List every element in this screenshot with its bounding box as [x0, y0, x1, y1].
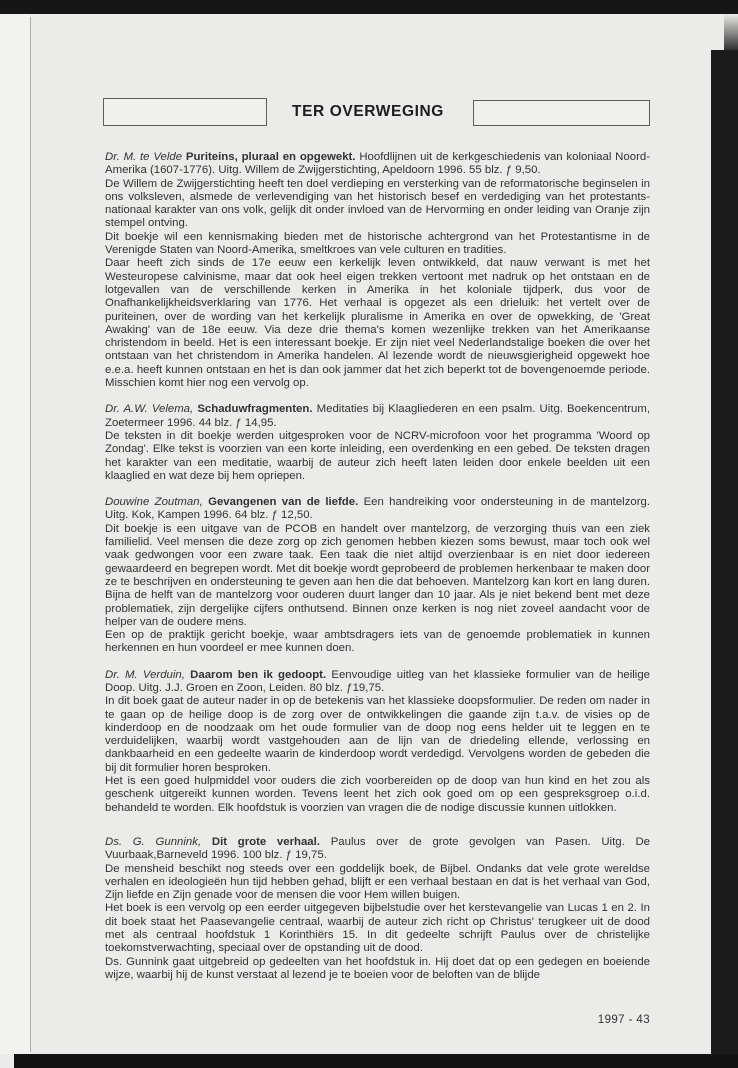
review-paragraph: De mensheid beschikt nog steeds over een…: [105, 863, 650, 903]
review-author: Douwine Zoutman,: [105, 496, 203, 508]
page-title: TER OVERWEGING: [281, 103, 455, 121]
book-review: Dr. A.W. Velema, Schaduwfragmenten. Medi…: [105, 403, 650, 483]
review-paragraph: In dit boek gaat de auteur nader in op d…: [105, 695, 650, 775]
header-box-right: [473, 100, 650, 126]
review-author: Dr. M. te Velde: [105, 151, 182, 163]
review-author: Dr. A.W. Velema,: [105, 403, 193, 415]
review-paragraph: Een op de praktijk gericht boekje, waar …: [105, 629, 650, 656]
page-number: 1997 - 43: [450, 1014, 650, 1026]
review-paragraph: De teksten in dit boekje werden uitgespr…: [105, 430, 650, 483]
review-book-title: Daarom ben ik gedoopt.: [190, 669, 326, 681]
review-paragraph: Het boek is een vervolg op een eerder ui…: [105, 902, 650, 955]
review-heading: Dr. M. Verduin, Daarom ben ik gedoopt. E…: [105, 669, 650, 696]
review-author: Ds. G. Gunnink,: [105, 836, 201, 848]
book-review: Dr. M. te Velde Puriteins, pluraal en op…: [105, 151, 650, 390]
scanned-page: TER OVERWEGING Dr. M. te Velde Puriteins…: [0, 0, 738, 1068]
review-paragraph: De Willem de Zwijgerstichting heeft ten …: [105, 178, 650, 231]
scan-edge-bottom: [14, 1054, 738, 1068]
page-crease-line: [30, 17, 31, 1052]
review-heading: Dr. A.W. Velema, Schaduwfragmenten. Medi…: [105, 403, 650, 430]
header-box-left: [103, 98, 267, 126]
book-review: Douwine Zoutman, Gevangenen van de liefd…: [105, 496, 650, 656]
review-book-title: Schaduwfragmenten.: [197, 403, 312, 415]
review-heading: Ds. G. Gunnink, Dit grote verhaal. Paulu…: [105, 836, 650, 863]
scan-edge-top: [0, 0, 738, 14]
book-review: Ds. G. Gunnink, Dit grote verhaal. Paulu…: [105, 836, 650, 982]
review-author: Dr. M. Verduin,: [105, 669, 185, 681]
review-paragraph: Dit boekje is een uitgave van de PCOB en…: [105, 523, 650, 629]
review-book-title: Dit grote verhaal.: [212, 836, 320, 848]
review-heading: Douwine Zoutman, Gevangenen van de liefd…: [105, 496, 650, 523]
review-book-title: Gevangenen van de liefde.: [208, 496, 358, 508]
review-paragraph: Daar heeft zich sinds de 17e eeuw een ke…: [105, 257, 650, 390]
scan-edge-right: [711, 50, 738, 1068]
review-book-title: Puriteins, pluraal en opgewekt.: [186, 151, 356, 163]
book-reviews-list: Dr. M. te Velde Puriteins, pluraal en op…: [105, 151, 650, 982]
review-paragraph: Het is een goed hulpmiddel voor ouders d…: [105, 775, 650, 815]
book-review: Dr. M. Verduin, Daarom ben ik gedoopt. E…: [105, 669, 650, 815]
review-paragraph: Dit boekje wil een kennismaking bieden m…: [105, 231, 650, 258]
review-publication-info: Eenvoudige uitleg van het klassieke form…: [105, 669, 650, 694]
page-left-margin: [0, 14, 30, 1054]
review-paragraph: Ds. Gunnink gaat uitgebreid op gedeelten…: [105, 956, 650, 983]
review-heading: Dr. M. te Velde Puriteins, pluraal en op…: [105, 151, 650, 178]
